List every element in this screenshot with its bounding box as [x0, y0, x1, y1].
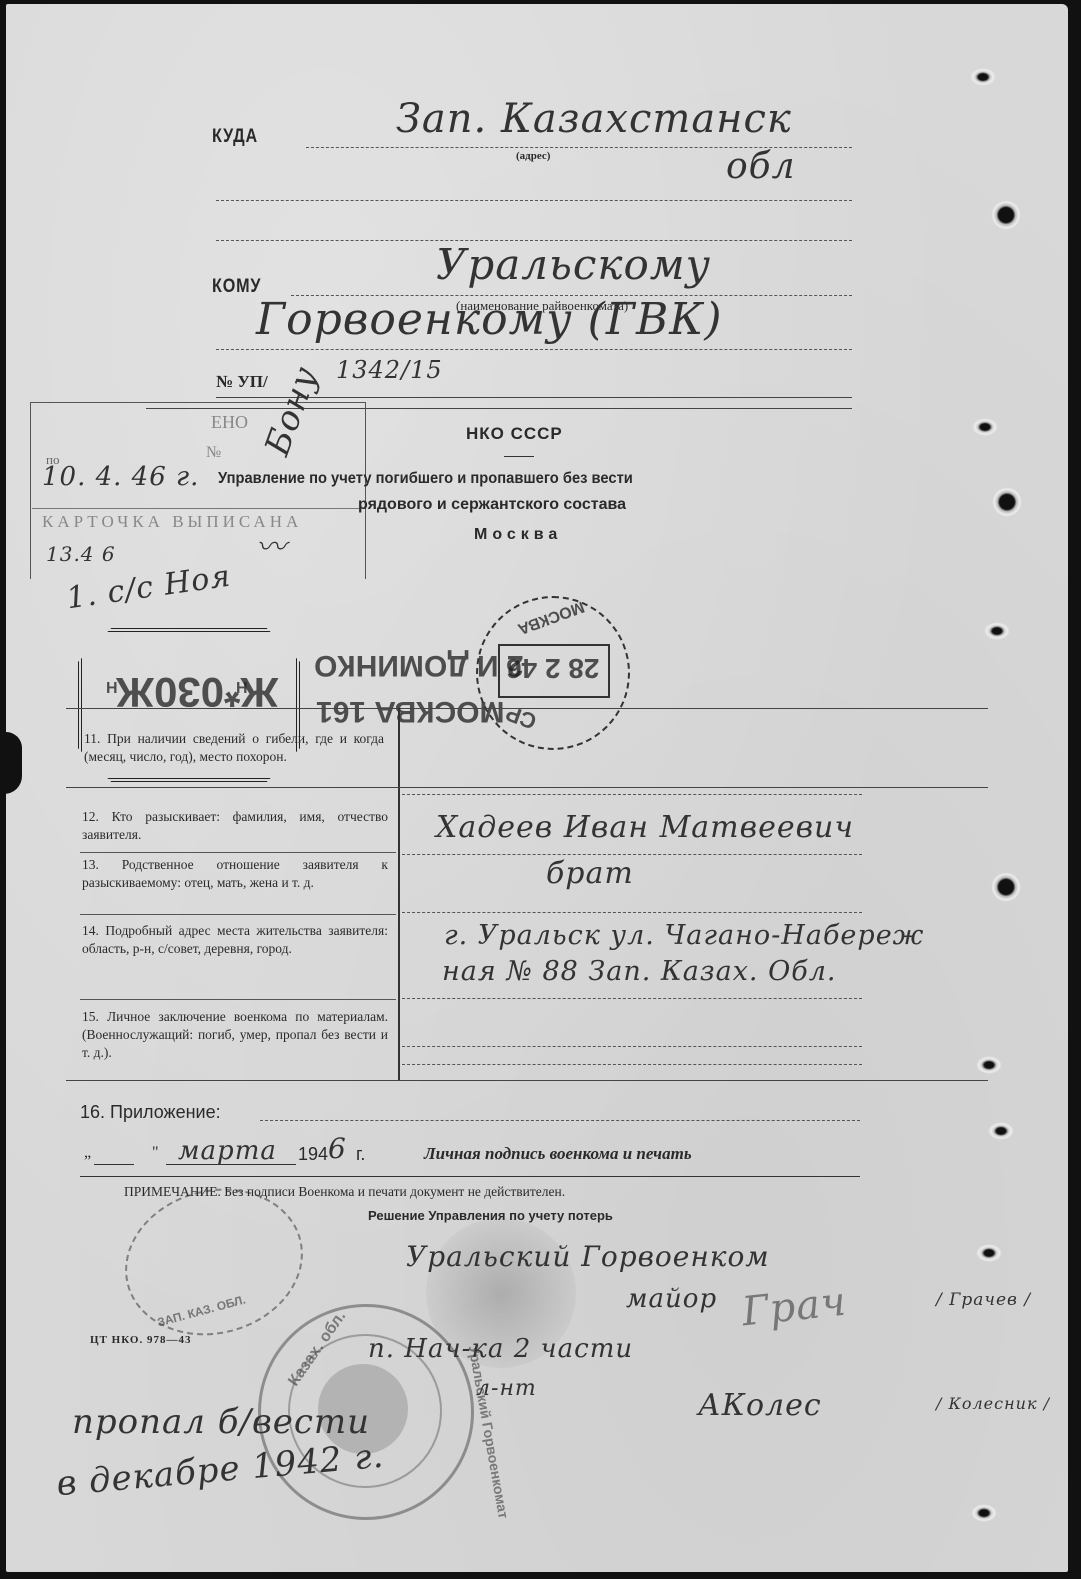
- signature-name-1: / Грачев /: [936, 1290, 1031, 1310]
- kuda-value-1: Зап. Казахстанск: [396, 96, 792, 142]
- answer-line: [402, 998, 862, 999]
- side-stamp-divider: [32, 508, 364, 509]
- letterhead-department-1: Управление по учету погибшего и пропавше…: [218, 470, 633, 488]
- signature-kolesnik: АКолес: [698, 1388, 822, 1423]
- print-code: ЦТ НКО. 978—43: [90, 1334, 191, 1346]
- answer-line: [402, 794, 862, 795]
- signature-line-2: майор: [626, 1284, 717, 1314]
- round-stamp-date: 28 2 46: [506, 652, 599, 684]
- punch-hole-icon: [992, 487, 1022, 517]
- answer-line: [402, 854, 862, 855]
- table-row-14-answer-2: ная № 88 Зап. Казах. Обл.: [442, 956, 836, 987]
- komu-line-2: [216, 349, 852, 350]
- signature-name-2: / Колесник /: [936, 1394, 1050, 1413]
- date-quote-close: ": [152, 1144, 159, 1162]
- up-number-label: № УП/: [216, 372, 268, 392]
- date-g: г.: [356, 1144, 365, 1165]
- table-divider: [398, 708, 400, 1080]
- date-bottom-line: [80, 1176, 860, 1177]
- octagon-stamp-letter: Н: [236, 680, 248, 698]
- komu-value-2: Горвоенкому (ГВК): [256, 294, 723, 345]
- attachment-label: 16. Приложение:: [80, 1102, 221, 1123]
- table-row-13-question: 13. Родственное отношение заявителя к ра…: [82, 856, 388, 892]
- signature-grachev: Грач: [740, 1279, 849, 1336]
- answer-line: [402, 912, 862, 913]
- conclusion-line-1: пропал б/вести: [72, 1402, 370, 1442]
- signature-caption: Личная подпись военкома и печать: [424, 1144, 692, 1164]
- answer-line: [402, 1046, 862, 1047]
- table-row-15-question: 15. Личное заключение военкома по матери…: [82, 1008, 388, 1062]
- octagon-stamp-letter: Н: [106, 680, 118, 698]
- date-quote-open: „: [84, 1144, 91, 1162]
- table-row-12-answer: Хадеев Иван Матвеевич: [436, 810, 854, 845]
- punch-hole-icon: [971, 1504, 997, 1522]
- komu-value-1: Уральскому: [436, 240, 711, 289]
- table-bottom-line: [66, 1080, 988, 1081]
- letterhead-org: НКО СССР: [466, 424, 563, 444]
- table-row-line: [80, 852, 396, 853]
- date-month: марта: [178, 1136, 277, 1166]
- table-row-13-answer: брат: [546, 856, 634, 891]
- letterhead-dash: [504, 456, 534, 457]
- table-row-14-question: 14. Подробный адрес места жительства зая…: [82, 922, 388, 958]
- punch-hole-icon: [984, 622, 1010, 640]
- punch-hole-icon: [988, 1122, 1014, 1140]
- punch-hole-icon: [976, 1244, 1002, 1262]
- table-row-line: [80, 999, 396, 1000]
- answer-line: [402, 1064, 862, 1065]
- table-row-line: [80, 914, 396, 915]
- punch-hole-icon: [976, 1056, 1002, 1074]
- torn-edge: [0, 732, 22, 794]
- letterhead-department-2: рядового и сержантского состава: [358, 496, 626, 514]
- kuda-label: КУДА: [212, 126, 258, 148]
- table-row-11-question: 11. При наличии сведений о гибели, где и…: [84, 730, 384, 766]
- punch-hole-icon: [972, 418, 998, 436]
- side-stamp-row: 13.4 6: [46, 542, 116, 566]
- punch-hole-icon: [991, 200, 1021, 230]
- up-number-value: 1342/15: [336, 356, 443, 384]
- table-row-14-answer-1: г. Уральск ул. Чагано-Набереж: [444, 920, 924, 951]
- table-row-12-question: 12. Кто разыскивает: фамилия, имя, отчес…: [82, 808, 388, 844]
- side-stamp-no: №: [206, 444, 221, 462]
- seal-text-2: Уральский Горвоенкомат: [466, 1344, 512, 1520]
- side-stamp-date: 10. 4. 46 г.: [42, 462, 199, 492]
- date-year-suffix: 6: [328, 1132, 347, 1165]
- signature-line-1: Уральский Горвоенком: [406, 1240, 770, 1273]
- kuda-value-2: обл: [726, 146, 796, 187]
- letterhead-city: Москва: [474, 526, 562, 544]
- rect-stamp-line2: МОСКВА 161: [316, 694, 505, 728]
- date-year-prefix: 194: [298, 1144, 328, 1165]
- punch-hole-icon: [991, 872, 1021, 902]
- attachment-line: [260, 1120, 860, 1121]
- komu-label: КОМУ: [212, 276, 261, 298]
- punch-hole-icon: [970, 68, 996, 86]
- side-stamp-header: ЕНО: [211, 412, 248, 433]
- side-stamp-signature: 〰: [256, 522, 287, 566]
- table-row-line: [66, 787, 988, 788]
- signature-line-3: п. Нач-ка 2 части: [368, 1334, 633, 1364]
- kuda-line-2: [216, 200, 852, 201]
- month-line: [166, 1164, 296, 1165]
- day-line: [94, 1164, 134, 1165]
- table-top-line: [66, 708, 988, 709]
- kuda-caption: (адрес): [516, 150, 550, 162]
- document-page: КУДА Зап. Казахстанск (адрес) обл КОМУ У…: [6, 4, 1068, 1572]
- signature-line-4: л-нт: [476, 1376, 537, 1401]
